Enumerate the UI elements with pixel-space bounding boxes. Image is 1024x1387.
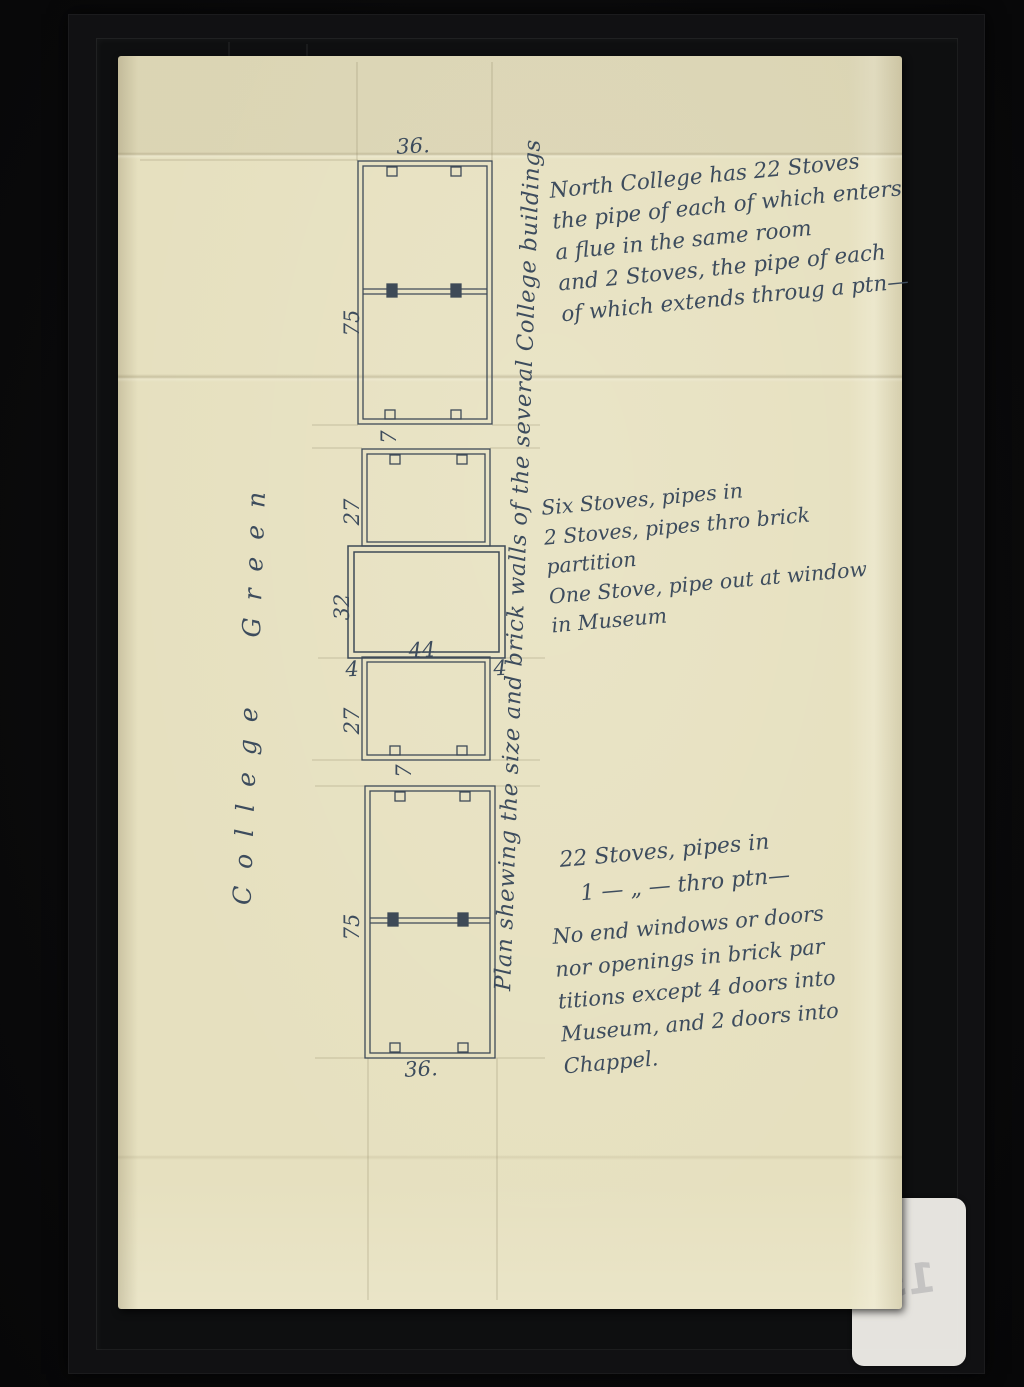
scanned-manuscript-photo: 15 bbox=[0, 0, 1024, 1387]
manuscript-paper bbox=[118, 56, 902, 1309]
